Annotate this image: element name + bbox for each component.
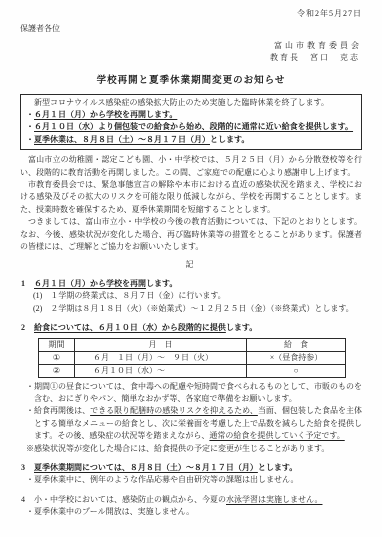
section-3-item-text: 夏季休業中に、例年のような作品応募や自由研究等の課題は出しません。 — [34, 475, 298, 484]
col-header-period: 期間 — [39, 338, 75, 351]
notice-bullet-2-text: ６月１０日（水）より個包装での給食から始め、段階的に通常に近い給食を提供します。 — [34, 122, 353, 131]
bullet-mark: ・ — [26, 475, 34, 484]
bullet-mark: ・ — [26, 135, 34, 144]
row1-period: ① — [39, 351, 75, 364]
document-title: 学校再開と夏季休業期間変更のお知らせ — [20, 75, 362, 88]
col-header-date: 月 日 — [75, 338, 247, 351]
section-2-heading-rest: します。 — [226, 323, 257, 332]
section-4-item: ・夏季休業中のプール開放は、実施しません。 — [26, 506, 362, 518]
note-2-underlined-2: 通常の給食を提供していく予定です。 — [209, 431, 344, 440]
bullet-mark: ・ — [26, 110, 34, 119]
document-page: 令和2年5月27日 保護者各位 富山市教育委員会 教育長 宮口 克志 学校再開と… — [0, 0, 382, 537]
section-2-note-2: ・給食再開後は、できる限り配膳時の感染リスクを抑えるため、当面、個包装した食品を… — [26, 405, 362, 442]
section-2-note-1: ・期間①の昼食については、食中毒への配慮や短時間で食べられるものとして、市販のも… — [26, 381, 362, 406]
section-2-note-3: ※感染状況等が変化した場合には、給食提供の予定に変更が生じることがあります。 — [26, 443, 362, 455]
table-row: ① ６月 １日（月）～ ９日（火） ×（昼食持参） — [39, 351, 346, 364]
section-4-heading-underlined: 水泳学習は実施しません。 — [226, 495, 322, 504]
section-2: 2給食については、６月１０日（水）から段階的に提供します。 期間 月 日 給 食… — [20, 322, 362, 455]
bullet-mark: ・ — [26, 382, 34, 391]
section-2-heading-underlined: 給食については、６月１０日（水）から段階的に提供 — [34, 323, 226, 332]
section-2-heading: 2給食については、６月１０日（水）から段階的に提供します。 — [20, 322, 362, 334]
row2-date: ６月１０日（水）～ — [75, 364, 247, 377]
table-header-row: 期間 月 日 給 食 — [39, 338, 346, 351]
meal-schedule-table: 期間 月 日 給 食 ① ６月 １日（月）～ ９日（火） ×（昼食持参） ② ６… — [38, 338, 346, 378]
section-1-heading-underlined: ６月１日（月）から学校を再開 — [34, 279, 146, 288]
row1-date: ６月 １日（月）～ ９日（火） — [75, 351, 247, 364]
bullet-mark: ・ — [26, 507, 34, 516]
row2-meal: ○ — [247, 364, 346, 377]
table-row: ② ６月１０日（水）～ ○ — [39, 364, 346, 377]
section-4-heading-pre: 小・中学校においては、感染防止の観点から、今夏の — [34, 495, 226, 504]
body-paragraph-1: 富山市立の幼稚園・認定こども園、小・中学校では、５月２５日（月）から分散登校等を… — [20, 154, 362, 179]
notice-bullet-3-rest: とします。 — [210, 135, 249, 144]
issuer-organization: 富山市教育委員会 — [20, 40, 362, 52]
section-1: 1６月１日（月）から学校を再開します。 (1) １学期の終業式は、８月７日（金）… — [20, 278, 362, 315]
section-3-number: 3 — [20, 462, 34, 474]
note-1-text: 期間①の昼食については、食中毒への配慮や短時間で食べられるものとして、市販のもの… — [34, 382, 362, 403]
section-1-heading: 1６月１日（月）から学校を再開します。 — [20, 278, 362, 290]
section-1-item-2: (2) ２学期は８月１８日（火）（※始業式）～１２月２５日（金）（※終業式）とし… — [33, 303, 362, 315]
section-4-number: 4 — [20, 494, 34, 506]
col-header-meal: 給 食 — [247, 338, 346, 351]
row2-period: ② — [39, 364, 75, 377]
section-3-heading: 3夏季休業期間については、８月８日（土）～８月１７日（月）とします。 — [20, 462, 362, 474]
issuer-signer: 教育長 宮口 克志 — [20, 52, 362, 64]
notice-bullet-3: ・夏季休業は、８月８日（土）～８月１７日（月）とします。 — [26, 134, 356, 146]
document-date: 令和2年5月27日 — [20, 8, 362, 20]
note-2-underlined-1: できる限り配膳時の感染リスクを抑えるため、 — [90, 406, 258, 415]
notice-bullet-2: ・６月１０日（水）より個包装での給食から始め、段階的に通常に近い給食を提供します… — [26, 121, 356, 133]
notice-intro: 新型コロナウイルス感染症の感染拡大防止のため実施した臨時休業を終了します。 — [26, 97, 356, 109]
record-mark: 記 — [20, 259, 362, 271]
section-3-item: ・夏季休業中に、例年のような作品応募や自由研究等の課題は出しません。 — [26, 474, 362, 486]
addressee: 保護者各位 — [20, 23, 362, 35]
row1-meal: ×（昼食持参） — [247, 351, 346, 364]
notice-bullet-3-underlined: 夏季休業は、８月８日（土）～８月１７日（月） — [34, 135, 210, 144]
notice-bullet-1: ・６月１日（月）から学校を再開します。 — [26, 109, 356, 121]
section-4-item-text: 夏季休業中のプール開放は、実施しません。 — [34, 507, 194, 516]
section-1-number: 1 — [20, 278, 34, 290]
bullet-mark: ・ — [26, 406, 34, 415]
body-paragraph-3: つきましては、富山市立小・中学校の今後の教育活動については、下記のとおりとします… — [20, 216, 362, 253]
section-2-number: 2 — [20, 322, 34, 334]
section-1-heading-rest: します。 — [146, 279, 177, 288]
notice-summary-box: 新型コロナウイルス感染症の感染拡大防止のため実施した臨時休業を終了します。 ・６… — [20, 94, 362, 151]
section-4: 4小・中学校においては、感染防止の観点から、今夏の水泳学習は実施しません。 ・夏… — [20, 494, 362, 519]
section-4-heading: 4小・中学校においては、感染防止の観点から、今夏の水泳学習は実施しません。 — [20, 494, 362, 506]
section-1-item-1: (1) １学期の終業式は、８月７日（金）に行います。 — [33, 290, 362, 302]
note-2-pre: 給食再開後は、 — [34, 406, 90, 415]
section-3: 3夏季休業期間については、８月８日（土）～８月１７日（月）とします。 ・夏季休業… — [20, 462, 362, 487]
body-paragraph-2: 市教育委員会では、緊急事態宣言の解除や本市における直近の感染状況を踏まえ、学校に… — [20, 179, 362, 216]
section-3-heading-rest: とします。 — [258, 463, 297, 472]
notice-bullet-1-text: ６月１日（月）から学校を再開します。 — [34, 110, 177, 119]
section-3-heading-underlined: 夏季休業期間については、８月８日（土）～８月１７日（月） — [34, 463, 258, 472]
bullet-mark: ・ — [26, 122, 34, 131]
